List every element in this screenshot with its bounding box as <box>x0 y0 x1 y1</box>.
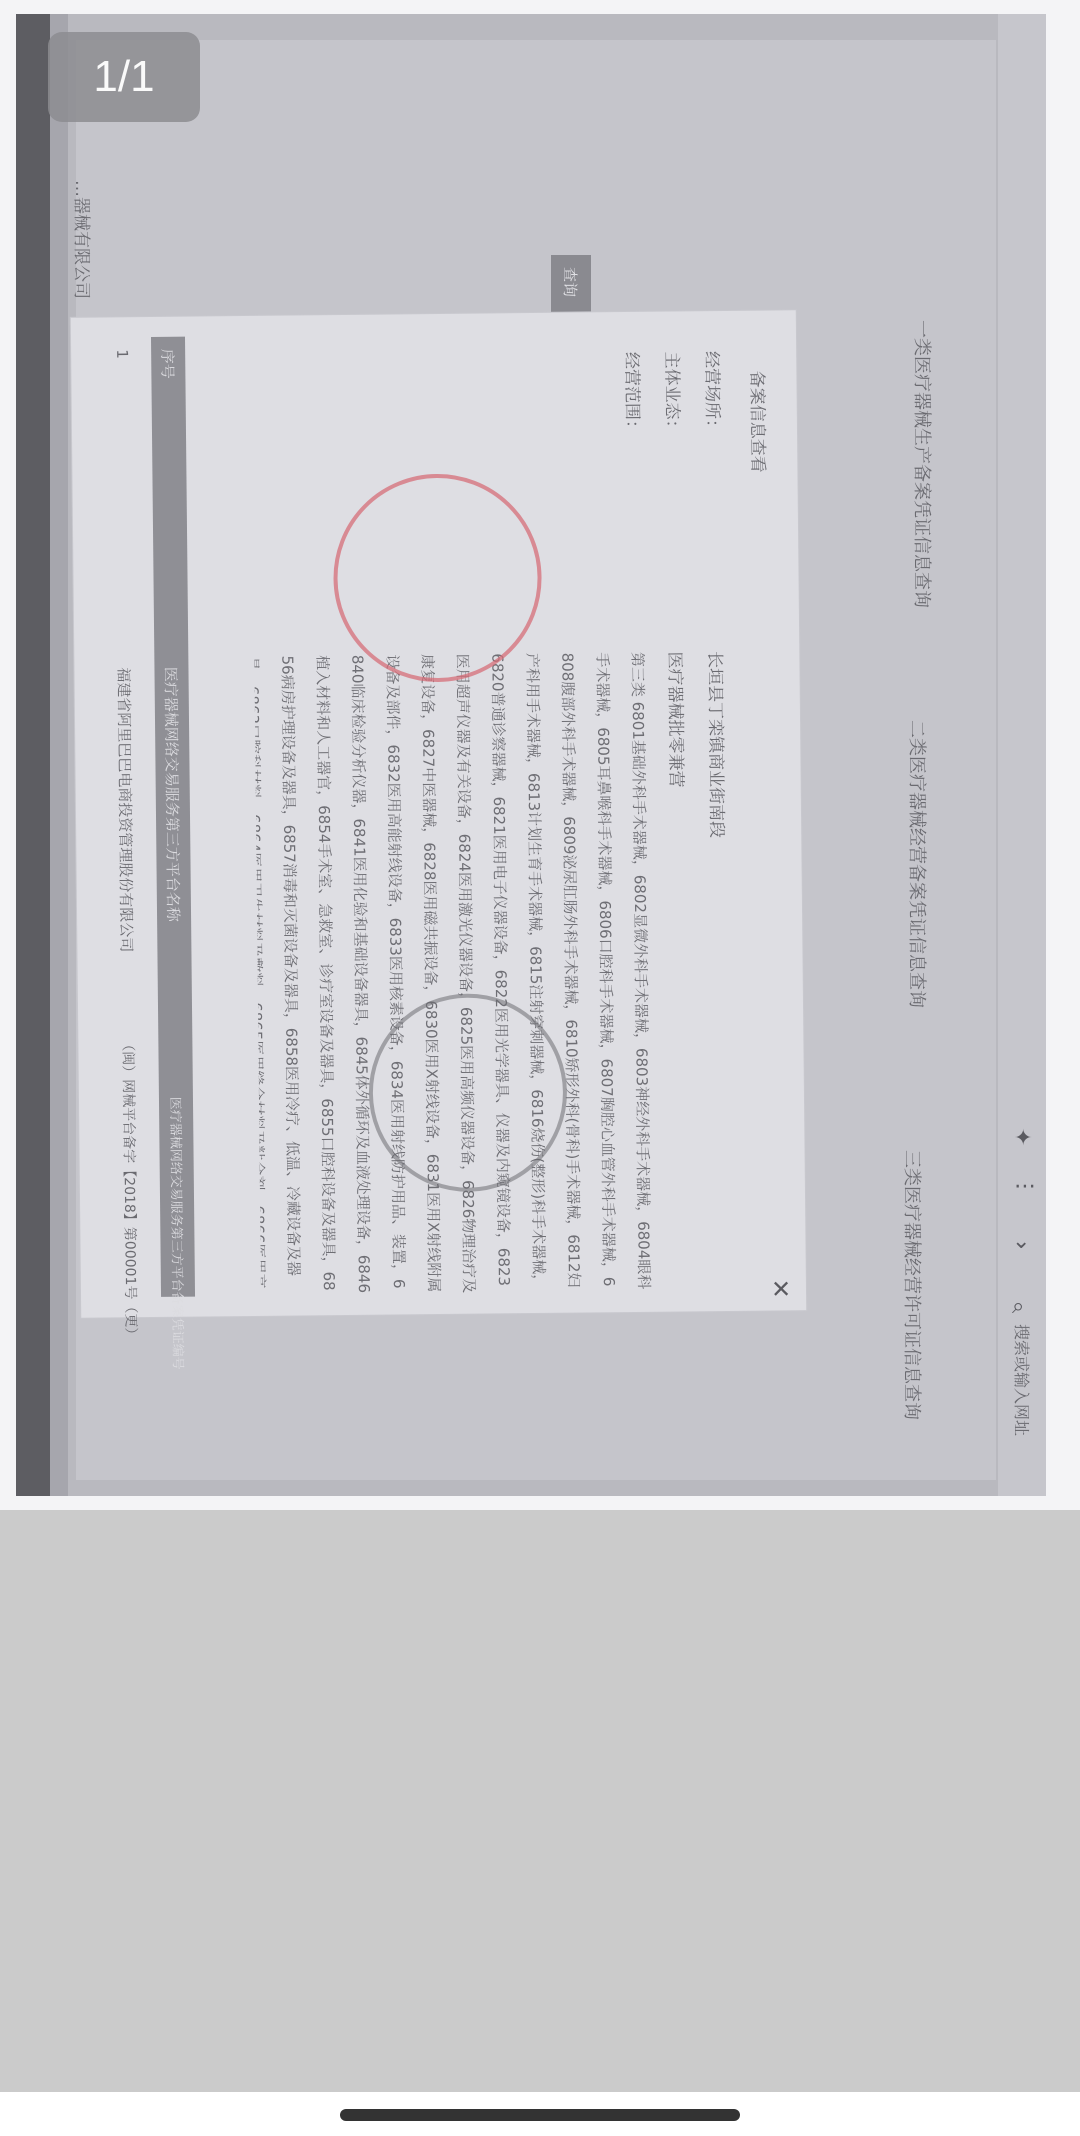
field-label-business-type: 主体业态： <box>661 351 687 436</box>
field-label-scope: 经营范围： <box>621 352 647 437</box>
scanned-record-modal: 备案信息查看 ✕ 经营场所： 长垣县丁栾镇商业街南段 主体业态： 医疗器械批零兼… <box>71 310 806 1318</box>
close-icon: ✕ <box>771 1275 791 1303</box>
chevron-down-icon: ⌄ <box>1012 1229 1030 1254</box>
scanned-company-value: …器械有限公司 <box>71 180 96 299</box>
scan-dark-edge <box>16 14 50 1496</box>
table-header: 序号 医疗器械网络交易服务第三方平台名称 医疗器械网络交易服务第三方平台备案凭证… <box>151 337 195 1297</box>
home-indicator[interactable] <box>340 2109 740 2121</box>
scanned-document: ⌕ ⌄ ⋯ ✦ 搜索或输入网址 一类医疗器械生产备案凭证信息查询 二类医疗器械经… <box>16 14 1046 1496</box>
scanned-heading-2: 二类医疗器械经营备案凭证信息查询 <box>905 720 931 1008</box>
modal-title: 备案信息查看 <box>746 370 772 472</box>
scanned-query-button: 查询 <box>551 255 591 315</box>
scan-edge-shade <box>50 14 68 1496</box>
table-header-index: 序号 <box>157 349 178 379</box>
empty-viewer-area[interactable] <box>0 1510 1080 2092</box>
table-row: 1 福建省阿里巴巴电商投资管理股份有限公司 （闽）网械平台备字【2018】第00… <box>101 337 151 1297</box>
field-value-premises: 长垣县丁栾镇商业街南段 <box>704 651 731 838</box>
scanned-browser-toolbar: ⌕ ⌄ ⋯ ✦ 搜索或输入网址 <box>998 14 1046 1496</box>
table-header-platform-name: 医疗器械网络交易服务第三方平台名称 <box>160 667 184 922</box>
table-header-record-no: 医疗器械网络交易服务第三方平台备案凭证编号 <box>167 1097 189 1370</box>
scanned-heading-1: 一类医疗器械生产备案凭证信息查询 <box>910 320 936 608</box>
field-label-premises: 经营场所： <box>701 351 727 436</box>
search-icon: ⌕ <box>1012 1294 1024 1319</box>
page-indicator: 1/1 <box>48 32 200 122</box>
field-value-scope: 第三类 6801基础外科手术器械，6802显微外科手术器械，6803神经外科手术… <box>254 652 661 1296</box>
scanned-heading-3: 三类医疗器械经营许可证信息查询 <box>900 1150 926 1420</box>
bolt-icon: ✦ <box>1014 1126 1032 1151</box>
image-viewer[interactable]: ⌕ ⌄ ⋯ ✦ 搜索或输入网址 一类医疗器械生产备案凭证信息查询 二类医疗器械经… <box>0 0 1080 1510</box>
field-value-business-type: 医疗器械批零兼营 <box>664 651 690 787</box>
more-icon: ⋯ <box>1014 1174 1036 1199</box>
scanned-search-placeholder: 搜索或输入网址 <box>1011 1324 1034 1436</box>
company-seal-stamp <box>332 473 542 683</box>
